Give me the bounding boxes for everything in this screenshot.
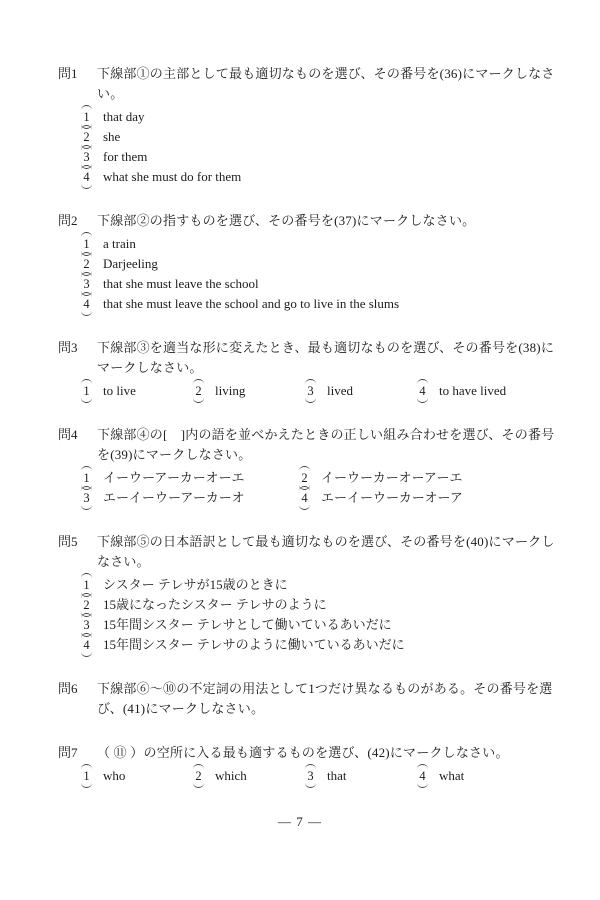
question-4-heading: 問4 下線部④の[ ]内の語を並べかえたときの正しい組み合わせを選び、その番号を…	[58, 425, 558, 465]
choice-text: lived	[327, 381, 353, 400]
choice: 2 Darjeeling	[82, 254, 558, 274]
choice-text: what	[439, 766, 464, 785]
question-2-choices: 1 a train 2 Darjeeling 3 that she must l…	[82, 234, 558, 314]
choice-number: 4	[82, 295, 91, 314]
question-5-choices: 1 シスター テレサが15歳のときに 2 15歳になったシスター テレサのように…	[82, 575, 558, 655]
choice: 2 she	[82, 127, 558, 147]
choice: 2 living	[194, 381, 306, 401]
question-text: （ ⑪ ）の空所に入る最も適するものを選び、(42)にマークしなさい。	[97, 743, 558, 763]
question-4: 問4 下線部④の[ ]内の語を並べかえたときの正しい組み合わせを選び、その番号を…	[58, 425, 558, 508]
choice: 4 what	[418, 766, 464, 786]
choice-text: 15年間シスター テレサとして働いているあいだに	[103, 615, 392, 634]
question-text: 下線部⑥〜⑩の不定詞の用法として1つだけ異なるものがある。その番号を選び、(41…	[97, 679, 558, 719]
choice: 2 which	[194, 766, 306, 786]
choice: 3 lived	[306, 381, 418, 401]
choice-text: that	[327, 766, 347, 785]
choice-number: 2	[194, 382, 203, 401]
question-text: 下線部①の主部として最も適切なものを選び、その番号を(36)にマークしなさい。	[97, 64, 558, 104]
choice: 1 who	[82, 766, 194, 786]
question-1: 問1 下線部①の主部として最も適切なものを選び、その番号を(36)にマークしなさ…	[58, 64, 558, 187]
choice-text: to have lived	[439, 381, 506, 400]
choice: 4 15年間シスター テレサのように働いているあいだに	[82, 635, 558, 655]
question-label: 問3	[58, 338, 97, 378]
choice-number: 4	[300, 489, 309, 508]
choice: 3 for them	[82, 147, 558, 167]
choice-text: living	[215, 381, 245, 400]
choice: 2 イーウーカーオーアーエ	[300, 468, 550, 488]
choice-text: for them	[103, 147, 147, 166]
choice-number: 1	[82, 767, 91, 786]
exam-page: 問1 下線部①の主部として最も適切なものを選び、その番号を(36)にマークしなさ…	[0, 0, 600, 900]
choice-number: 1	[82, 382, 91, 401]
choice-number: 4	[418, 767, 427, 786]
question-3-heading: 問3 下線部③を適当な形に変えたとき、最も適切なものを選び、その番号を(38)に…	[58, 338, 558, 378]
question-5: 問5 下線部⑤の日本語訳として最も適切なものを選び、その番号を(40)にマークし…	[58, 532, 558, 655]
choice: 4 エーイーウーカーオーア	[300, 488, 550, 508]
choice-text: シスター テレサが15歳のときに	[103, 575, 288, 594]
question-6-heading: 問6 下線部⑥〜⑩の不定詞の用法として1つだけ異なるものがある。その番号を選び、…	[58, 679, 558, 719]
choice-text: a train	[103, 234, 136, 253]
choice: 4 to have lived	[418, 381, 506, 401]
question-2-heading: 問2 下線部②の指すものを選び、その番号を(37)にマークしなさい。	[58, 211, 558, 231]
choice: 2 15歳になったシスター テレサのように	[82, 595, 558, 615]
question-text: 下線部②の指すものを選び、その番号を(37)にマークしなさい。	[97, 211, 558, 231]
choice-number: 3	[306, 767, 315, 786]
question-label: 問4	[58, 425, 97, 465]
question-4-choices: 1 イーウーアーカーオーエ 2 イーウーカーオーアーエ 3 エーイーウーアーカー…	[82, 468, 558, 508]
choice-text: that she must leave the school	[103, 274, 259, 293]
question-1-choices: 1 that day 2 she 3 for them 4 what she m…	[82, 107, 558, 187]
choice: 4 that she must leave the school and go …	[82, 294, 558, 314]
question-label: 問2	[58, 211, 97, 231]
question-7-heading: 問7 （ ⑪ ）の空所に入る最も適するものを選び、(42)にマークしなさい。	[58, 743, 558, 763]
question-label: 問5	[58, 532, 97, 572]
question-text: 下線部⑤の日本語訳として最も適切なものを選び、その番号を(40)にマークしなさい…	[97, 532, 558, 572]
page-number: — 7 —	[0, 814, 600, 830]
exam-content: 問1 下線部①の主部として最も適切なものを選び、その番号を(36)にマークしなさ…	[58, 64, 558, 810]
choice-text: 15年間シスター テレサのように働いているあいだに	[103, 635, 405, 654]
choice-text: イーウーカーオーアーエ	[321, 468, 462, 487]
question-5-heading: 問5 下線部⑤の日本語訳として最も適切なものを選び、その番号を(40)にマークし…	[58, 532, 558, 572]
question-3: 問3 下線部③を適当な形に変えたとき、最も適切なものを選び、その番号を(38)に…	[58, 338, 558, 401]
choice: 1 シスター テレサが15歳のときに	[82, 575, 558, 595]
choice: 3 15年間シスター テレサとして働いているあいだに	[82, 615, 558, 635]
choice-text: which	[215, 766, 247, 785]
question-label: 問6	[58, 679, 97, 719]
choice-text: 15歳になったシスター テレサのように	[103, 595, 327, 614]
choice-text: Darjeeling	[103, 254, 158, 273]
question-label: 問7	[58, 743, 97, 763]
choice: 1 that day	[82, 107, 558, 127]
choice-text: what she must do for them	[103, 167, 241, 186]
choice: 3 that	[306, 766, 418, 786]
choice-text: that day	[103, 107, 145, 126]
choice-text: who	[103, 766, 125, 785]
choice-text: that she must leave the school and go to…	[103, 294, 399, 313]
choice: 1 to live	[82, 381, 194, 401]
choice-text: イーウーアーカーオーエ	[103, 468, 244, 487]
question-text: 下線部④の[ ]内の語を並べかえたときの正しい組み合わせを選び、その番号を(39…	[97, 425, 558, 465]
question-7: 問7 （ ⑪ ）の空所に入る最も適するものを選び、(42)にマークしなさい。 1…	[58, 743, 558, 786]
choice-text: エーイーウーカーオーア	[321, 488, 463, 507]
choice-text: エーイーウーアーカーオ	[103, 488, 244, 507]
choice-number: 4	[82, 168, 91, 187]
choice-number: 3	[82, 489, 91, 508]
choice: 1 a train	[82, 234, 558, 254]
choice-number: 3	[306, 382, 315, 401]
question-2: 問2 下線部②の指すものを選び、その番号を(37)にマークしなさい。 1 a t…	[58, 211, 558, 314]
choice: 4 what she must do for them	[82, 167, 558, 187]
question-text: 下線部③を適当な形に変えたとき、最も適切なものを選び、その番号を(38)にマーク…	[97, 338, 558, 378]
question-1-heading: 問1 下線部①の主部として最も適切なものを選び、その番号を(36)にマークしなさ…	[58, 64, 558, 104]
question-label: 問1	[58, 64, 97, 104]
choice-text: to live	[103, 381, 136, 400]
question-7-choices: 1 who 2 which 3 that 4 what	[82, 766, 558, 786]
choice: 3 エーイーウーアーカーオ	[82, 488, 300, 508]
choice: 3 that she must leave the school	[82, 274, 558, 294]
choice-text: she	[103, 127, 120, 146]
question-3-choices: 1 to live 2 living 3 lived 4 to have liv…	[82, 381, 558, 401]
choice-number: 4	[418, 382, 427, 401]
choice-number: 4	[82, 636, 91, 655]
choice: 1 イーウーアーカーオーエ	[82, 468, 300, 488]
choice-number: 2	[194, 767, 203, 786]
question-6: 問6 下線部⑥〜⑩の不定詞の用法として1つだけ異なるものがある。その番号を選び、…	[58, 679, 558, 719]
